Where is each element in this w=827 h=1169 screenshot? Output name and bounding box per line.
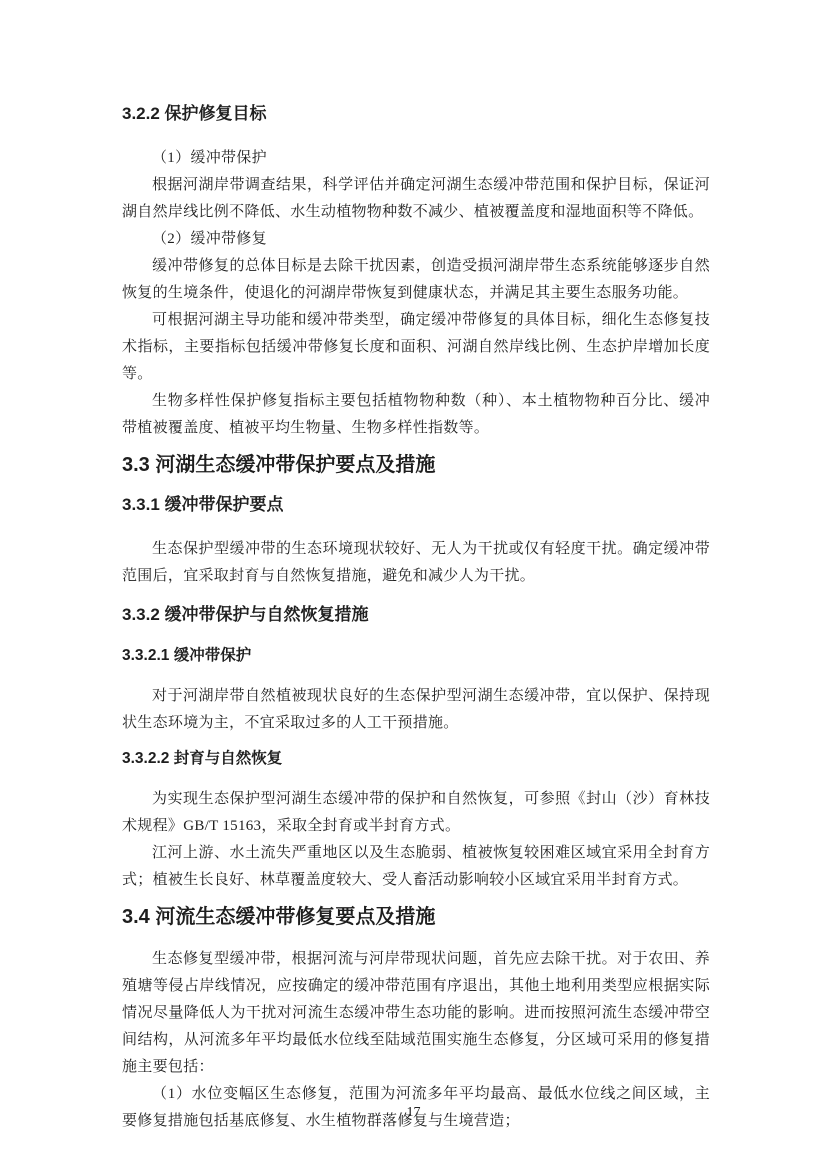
paragraph: 江河上游、水土流失严重地区以及生态脆弱、植被恢复较困难区域宜采用全封育方式；植被… bbox=[122, 840, 710, 894]
list-item-2-buffer-repair: （2）缓冲带修复 bbox=[122, 226, 710, 253]
list-item-1-buffer-protect: （1）缓冲带保护 bbox=[122, 145, 710, 172]
paragraph: 生态保护型缓冲带的生态环境现状较好、无人为干扰或仅有轻度干扰。确定缓冲带范围后，… bbox=[122, 536, 710, 590]
heading-3-2-2: 3.2.2 保护修复目标 bbox=[122, 103, 710, 125]
heading-3-3-2-2: 3.3.2.2 封育与自然恢复 bbox=[122, 749, 710, 769]
document-page: 3.2.2 保护修复目标 （1）缓冲带保护 根据河湖岸带调查结果，科学评估并确定… bbox=[0, 0, 827, 1169]
heading-3-3-2: 3.3.2 缓冲带保护与自然恢复措施 bbox=[122, 604, 710, 626]
paragraph: 对于河湖岸带自然植被现状良好的生态保护型河湖生态缓冲带，宜以保护、保持现状生态环… bbox=[122, 683, 710, 737]
paragraph: 可根据河湖主导功能和缓冲带类型，确定缓冲带修复的具体目标，细化生态修复技术指标，… bbox=[122, 307, 710, 388]
heading-3-3: 3.3 河湖生态缓冲带保护要点及措施 bbox=[122, 452, 710, 478]
heading-3-3-1: 3.3.1 缓冲带保护要点 bbox=[122, 494, 710, 516]
heading-3-4: 3.4 河流生态缓冲带修复要点及措施 bbox=[122, 904, 710, 930]
page-number: 17 bbox=[0, 1105, 827, 1121]
paragraph: 生物多样性保护修复指标主要包括植物物种数（种）、本土植物物种百分比、缓冲带植被覆… bbox=[122, 388, 710, 442]
paragraph: 生态修复型缓冲带，根据河流与河岸带现状问题，首先应去除干扰。对于农田、养殖塘等侵… bbox=[122, 946, 710, 1081]
paragraph: 为实现生态保护型河湖生态缓冲带的保护和自然恢复，可参照《封山（沙）育林技术规程》… bbox=[122, 786, 710, 840]
heading-3-3-2-1: 3.3.2.1 缓冲带保护 bbox=[122, 646, 710, 666]
paragraph: 根据河湖岸带调查结果，科学评估并确定河湖生态缓冲带范围和保护目标，保证河湖自然岸… bbox=[122, 172, 710, 226]
paragraph: 缓冲带修复的总体目标是去除干扰因素，创造受损河湖岸带生态系统能够逐步自然恢复的生… bbox=[122, 253, 710, 307]
